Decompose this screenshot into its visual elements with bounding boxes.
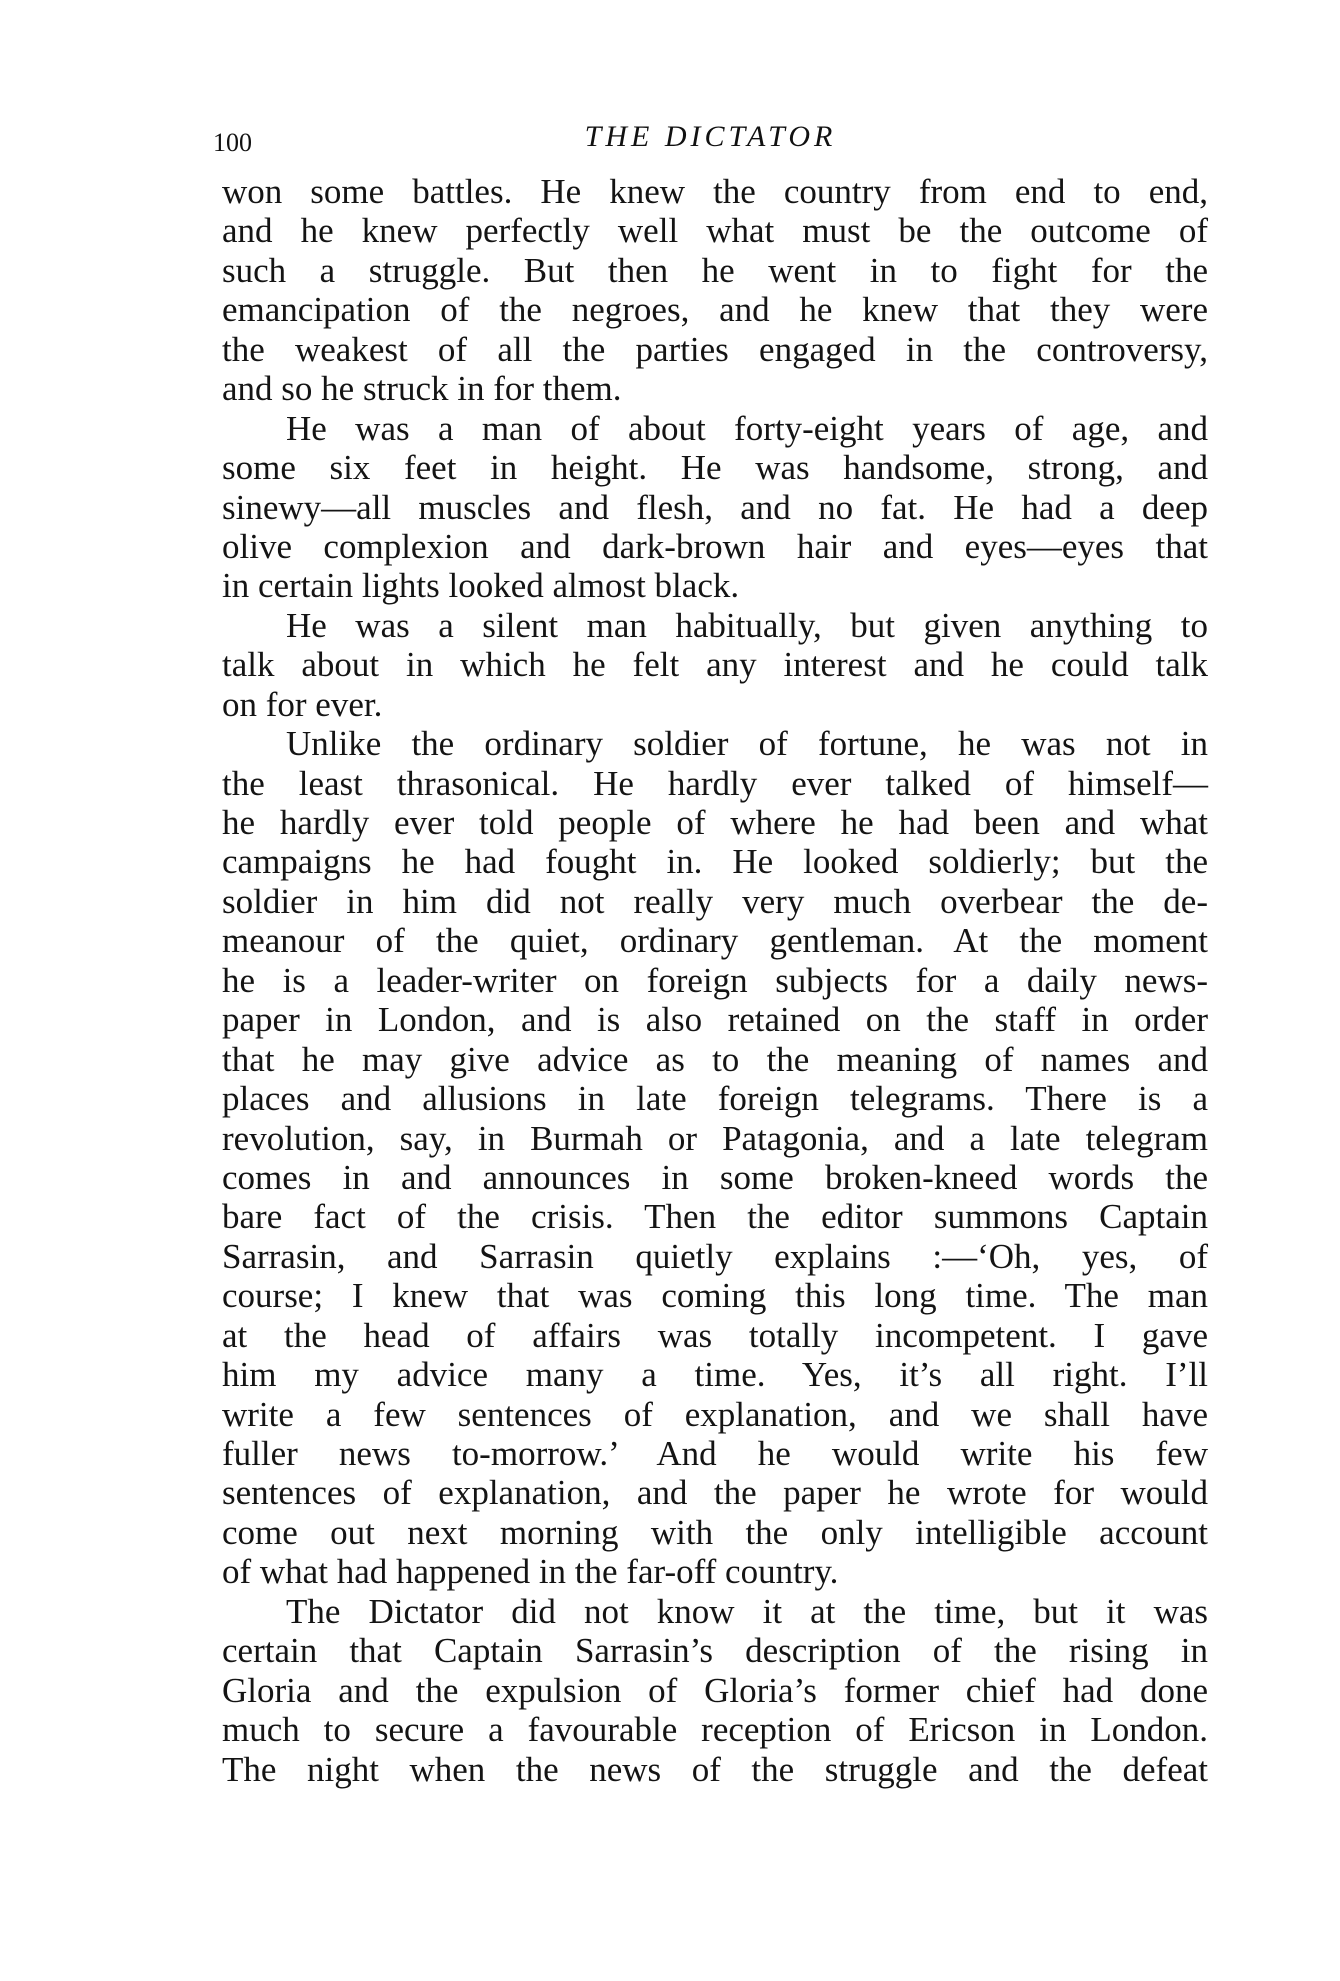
text-line: of what had happened in the far-off coun… xyxy=(222,1552,1208,1591)
text-line: paper in London, and is also retained on… xyxy=(222,1000,1208,1039)
text-line: campaigns he had fought in. He looked so… xyxy=(222,842,1208,881)
text-line: that he may give advice as to the meanin… xyxy=(222,1040,1208,1079)
text-line: course; I knew that was coming this long… xyxy=(222,1276,1208,1315)
text-line: comes in and announces in some broken-kn… xyxy=(222,1158,1208,1197)
book-page: 100 THE DICTATOR won some battles. He kn… xyxy=(0,0,1340,1981)
text-line: The Dictator did not know it at the time… xyxy=(222,1592,1208,1631)
text-line: Gloria and the expulsion of Gloria’s for… xyxy=(222,1671,1208,1710)
book-title: THE DICTATOR xyxy=(213,120,1208,154)
text-line: bare fact of the crisis. Then the editor… xyxy=(222,1197,1208,1236)
text-line: and he knew perfectly well what must be … xyxy=(222,211,1208,250)
text-line: on for ever. xyxy=(222,685,1208,724)
text-line: sentences of explanation, and the paper … xyxy=(222,1473,1208,1512)
text-line: the least thrasonical. He hardly ever ta… xyxy=(222,764,1208,803)
text-line: He was a man of about forty-eight years … xyxy=(222,409,1208,448)
text-line: some six feet in height. He was handsome… xyxy=(222,448,1208,487)
text-line: talk about in which he felt any interest… xyxy=(222,645,1208,684)
text-line: places and allusions in late foreign tel… xyxy=(222,1079,1208,1118)
body-text: won some battles. He knew the country fr… xyxy=(222,172,1208,1789)
text-line: He was a silent man habitually, but give… xyxy=(222,606,1208,645)
text-line: he is a leader-writer on foreign subject… xyxy=(222,961,1208,1000)
text-line: at the head of affairs was totally incom… xyxy=(222,1316,1208,1355)
text-line: certain that Captain Sarrasin’s descript… xyxy=(222,1631,1208,1670)
text-line: and so he struck in for them. xyxy=(222,369,1208,408)
text-line: soldier in him did not really very much … xyxy=(222,882,1208,921)
text-line: fuller news to-morrow.’ And he would wri… xyxy=(222,1434,1208,1473)
text-line: the weakest of all the parties engaged i… xyxy=(222,330,1208,369)
text-line: much to secure a favourable reception of… xyxy=(222,1710,1208,1749)
text-line: come out next morning with the only inte… xyxy=(222,1513,1208,1552)
running-head: 100 THE DICTATOR xyxy=(213,120,1208,160)
text-line: revolution, say, in Burmah or Patagonia,… xyxy=(222,1119,1208,1158)
text-line: he hardly ever told people of where he h… xyxy=(222,803,1208,842)
text-line: meanour of the quiet, ordinary gentleman… xyxy=(222,921,1208,960)
text-line: won some battles. He knew the country fr… xyxy=(222,172,1208,211)
text-line: Unlike the ordinary soldier of fortune, … xyxy=(222,724,1208,763)
text-line: in certain lights looked almost black. xyxy=(222,566,1208,605)
text-line: write a few sentences of explanation, an… xyxy=(222,1395,1208,1434)
text-line: The night when the news of the struggle … xyxy=(222,1750,1208,1789)
text-line: sinewy—all muscles and flesh, and no fat… xyxy=(222,488,1208,527)
text-line: emancipation of the negroes, and he knew… xyxy=(222,290,1208,329)
text-line: olive complexion and dark-brown hair and… xyxy=(222,527,1208,566)
text-line: such a struggle. But then he went in to … xyxy=(222,251,1208,290)
text-line: him my advice many a time. Yes, it’s all… xyxy=(222,1355,1208,1394)
text-line: Sarrasin, and Sarrasin quietly explains … xyxy=(222,1237,1208,1276)
